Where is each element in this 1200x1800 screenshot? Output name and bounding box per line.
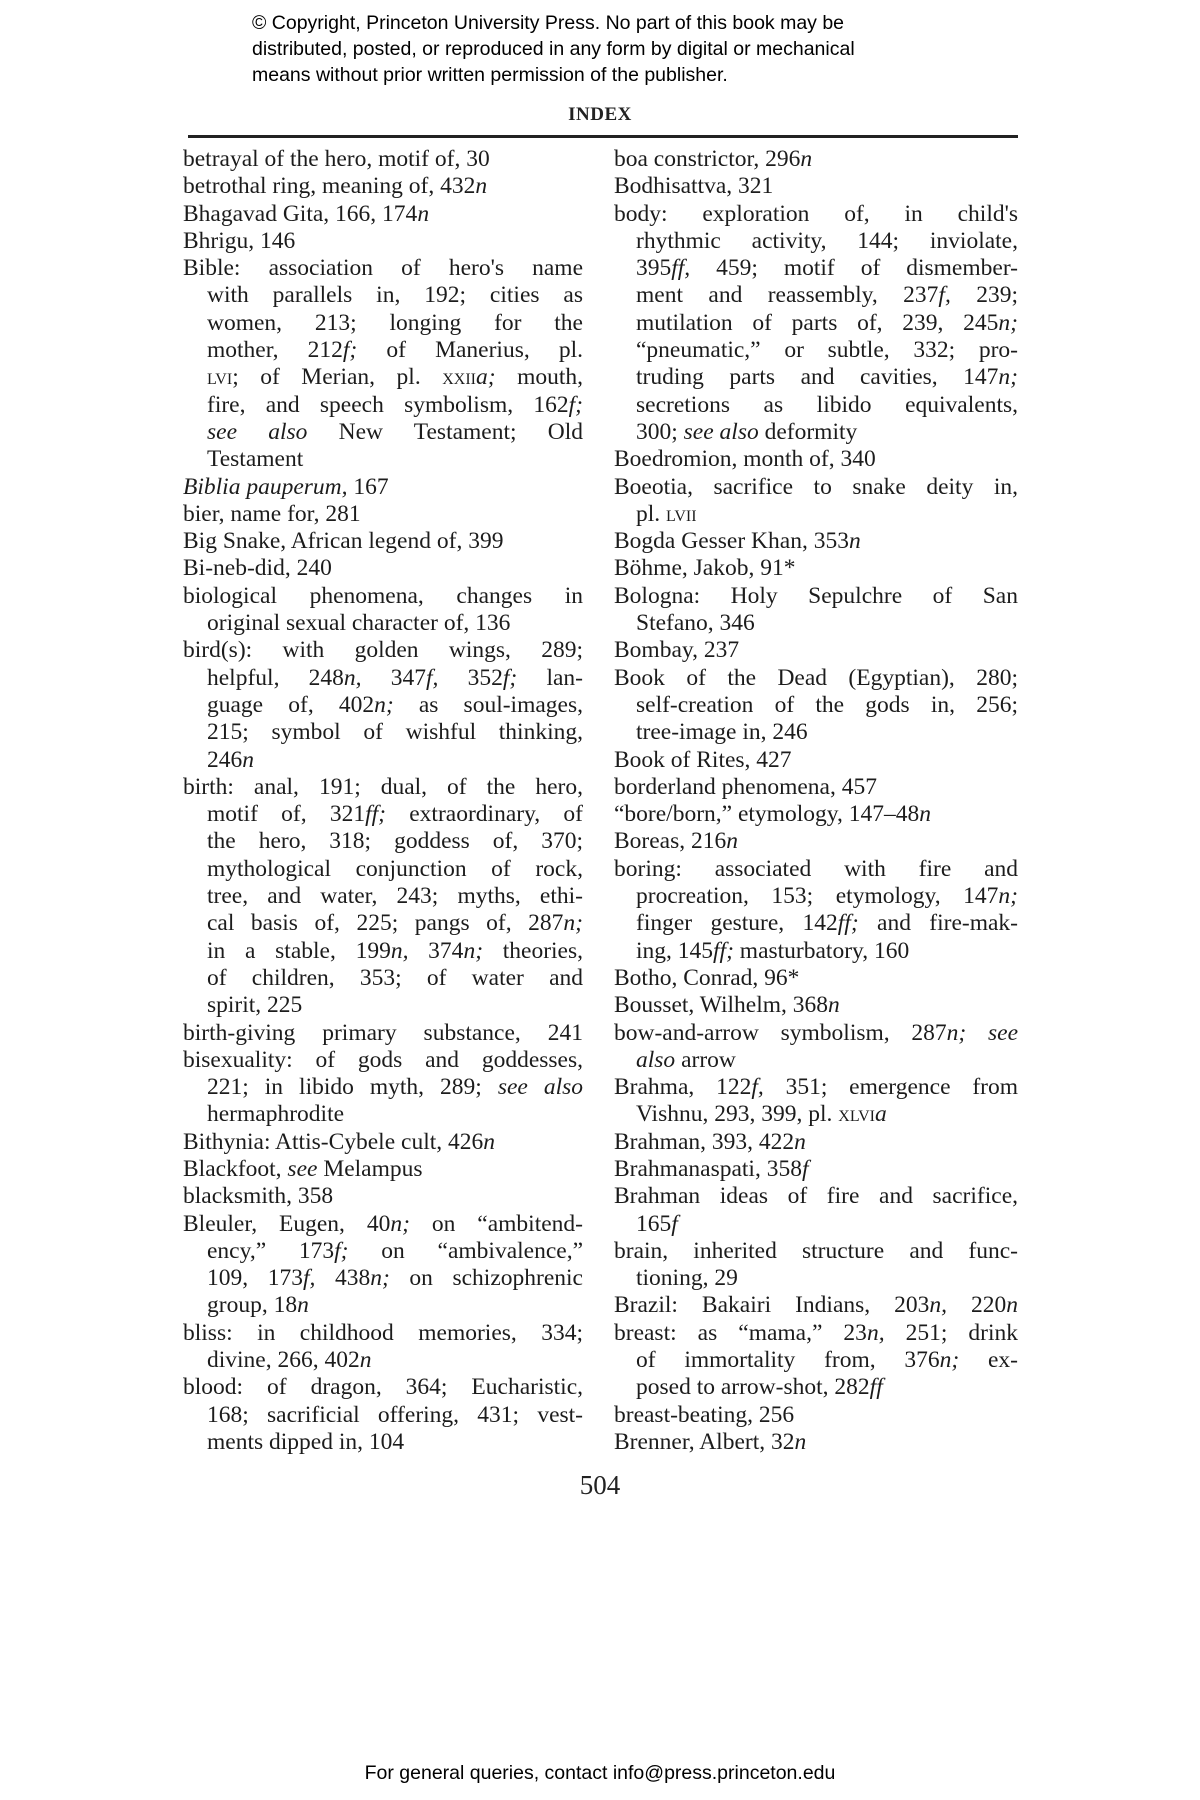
index-entry: borderland phenomena, 457 xyxy=(614,774,1018,801)
index-entry: birth-giving primary substance, 241 xyxy=(183,1020,583,1047)
index-entry: Botho, Conrad, 96* xyxy=(614,965,1018,992)
index-entry: Brenner, Albert, 32n xyxy=(614,1429,1018,1456)
index-entry: Bogda Gesser Khan, 353n xyxy=(614,528,1018,555)
index-entry: Bousset, Wilhelm, 368n xyxy=(614,992,1018,1019)
entry-heading-line: Bogda Gesser Khan, 353n xyxy=(614,528,1018,555)
copyright-line: distributed, posted, or reproduced in an… xyxy=(252,36,972,62)
copyright-line: © Copyright, Princeton University Press.… xyxy=(252,10,972,36)
copyright-notice: © Copyright, Princeton University Press.… xyxy=(252,10,972,88)
entry-heading-line: Brahmanaspati, 358f xyxy=(614,1156,1018,1183)
entry-continuation-line: ments dipped in, 104 xyxy=(183,1429,583,1456)
index-entry: Big Snake, African legend of, 399 xyxy=(183,528,583,555)
index-entry: Brazil: Bakairi Indians, 203n, 220n xyxy=(614,1292,1018,1319)
entry-continuation-line: women, 213; longing for the xyxy=(183,310,583,337)
entry-continuation-line: divine, 266, 402n xyxy=(183,1347,583,1374)
entry-heading-line: blacksmith, 358 xyxy=(183,1183,583,1210)
entry-heading-line: Book of the Dead (Egyptian), 280; xyxy=(614,665,1018,692)
entry-heading-line: Brahman, 393, 422n xyxy=(614,1129,1018,1156)
entry-continuation-line: tioning, 29 xyxy=(614,1265,1018,1292)
index-entry: Biblia pauperum, 167 xyxy=(183,474,583,501)
entry-continuation-line: the hero, 318; goddess of, 370; xyxy=(183,828,583,855)
entry-continuation-line: ing, 145ff; masturbatory, 160 xyxy=(614,938,1018,965)
entry-continuation-line: tree, and water, 243; myths, ethi- xyxy=(183,883,583,910)
entry-continuation-line: mutilation of parts of, 239, 245n; xyxy=(614,310,1018,337)
entry-continuation-line: also arrow xyxy=(614,1047,1018,1074)
entry-heading-line: bow-and-arrow symbolism, 287n; see xyxy=(614,1020,1018,1047)
entry-continuation-line: posed to arrow-shot, 282ff xyxy=(614,1374,1018,1401)
index-entry: Brahman ideas of fire and sacrifice,165f xyxy=(614,1183,1018,1238)
index-entry: birth: anal, 191; dual, of the hero,moti… xyxy=(183,774,583,1020)
footer-contact: For general queries, contact info@press.… xyxy=(0,1762,1200,1785)
entry-heading-line: Big Snake, African legend of, 399 xyxy=(183,528,583,555)
entry-continuation-line: 246n xyxy=(183,747,583,774)
index-entry: Boreas, 216n xyxy=(614,828,1018,855)
entry-continuation-line: mother, 212f; of Manerius, pl. xyxy=(183,337,583,364)
entry-heading-line: biological phenomena, changes in xyxy=(183,583,583,610)
entry-continuation-line: guage of, 402n; as soul-images, xyxy=(183,692,583,719)
entry-heading-line: bliss: in childhood memories, 334; xyxy=(183,1320,583,1347)
entry-heading-line: Böhme, Jakob, 91* xyxy=(614,555,1018,582)
entry-continuation-line: Vishnu, 293, 399, pl. xlvia xyxy=(614,1101,1018,1128)
entry-continuation-line: original sexual character of, 136 xyxy=(183,610,583,637)
entry-heading-line: Botho, Conrad, 96* xyxy=(614,965,1018,992)
entry-heading-line: boring: associated with fire and xyxy=(614,856,1018,883)
entry-heading-line: Brazil: Bakairi Indians, 203n, 220n xyxy=(614,1292,1018,1319)
entry-heading-line: Bombay, 237 xyxy=(614,637,1018,664)
index-entry: bisexuality: of gods and goddesses,221; … xyxy=(183,1047,583,1129)
entry-heading-line: Brenner, Albert, 32n xyxy=(614,1429,1018,1456)
entry-continuation-line: 221; in libido myth, 289; see also xyxy=(183,1074,583,1101)
index-entry: boa constrictor, 296n xyxy=(614,146,1018,173)
index-entry: boring: associated with fire andprocreat… xyxy=(614,856,1018,965)
entry-continuation-line: hermaphrodite xyxy=(183,1101,583,1128)
entry-continuation-line: spirit, 225 xyxy=(183,992,583,1019)
entry-continuation-line: Stefano, 346 xyxy=(614,610,1018,637)
entry-continuation-line: group, 18n xyxy=(183,1292,583,1319)
entry-continuation-line: with parallels in, 192; cities as xyxy=(183,282,583,309)
index-entry: breast-beating, 256 xyxy=(614,1402,1018,1429)
index-entry: blacksmith, 358 xyxy=(183,1183,583,1210)
entry-continuation-line: of immortality from, 376n; ex- xyxy=(614,1347,1018,1374)
entry-heading-line: brain, inherited structure and func- xyxy=(614,1238,1018,1265)
index-entry: brain, inherited structure and func-tion… xyxy=(614,1238,1018,1293)
index-entry: Brahmanaspati, 358f xyxy=(614,1156,1018,1183)
entry-heading-line: betrayal of the hero, motif of, 30 xyxy=(183,146,583,173)
entry-heading-line: borderland phenomena, 457 xyxy=(614,774,1018,801)
index-entry: betrayal of the hero, motif of, 30 xyxy=(183,146,583,173)
entry-heading-line: bird(s): with golden wings, 289; xyxy=(183,637,583,664)
entry-heading-line: Biblia pauperum, 167 xyxy=(183,474,583,501)
entry-continuation-line: mythological conjunction of rock, xyxy=(183,856,583,883)
index-entry: Blackfoot, see Melampus xyxy=(183,1156,583,1183)
index-entry: Bleuler, Eugen, 40n; on “ambitend-ency,”… xyxy=(183,1211,583,1320)
index-column-left: betrayal of the hero, motif of, 30betrot… xyxy=(183,146,583,1456)
entry-continuation-line: lvi; of Merian, pl. xxiia; mouth, xyxy=(183,364,583,391)
entry-heading-line: birth: anal, 191; dual, of the hero, xyxy=(183,774,583,801)
entry-continuation-line: finger gesture, 142ff; and fire-mak- xyxy=(614,910,1018,937)
index-entry: Bologna: Holy Sepulchre of SanStefano, 3… xyxy=(614,583,1018,638)
entry-heading-line: Blackfoot, see Melampus xyxy=(183,1156,583,1183)
index-column-right: boa constrictor, 296nBodhisattva, 321bod… xyxy=(614,146,1018,1456)
entry-continuation-line: see also New Testament; Old xyxy=(183,419,583,446)
entry-continuation-line: 300; see also deformity xyxy=(614,419,1018,446)
entry-heading-line: birth-giving primary substance, 241 xyxy=(183,1020,583,1047)
index-entry: Book of Rites, 427 xyxy=(614,747,1018,774)
index-entry: bird(s): with golden wings, 289;helpful,… xyxy=(183,637,583,773)
index-entry: bow-and-arrow symbolism, 287n; seealso a… xyxy=(614,1020,1018,1075)
index-entry: Bodhisattva, 321 xyxy=(614,173,1018,200)
header-rule xyxy=(188,135,1018,138)
index-entry: Book of the Dead (Egyptian), 280;self-cr… xyxy=(614,665,1018,747)
index-entry: Bible: association of hero's namewith pa… xyxy=(183,255,583,473)
index-entry: Böhme, Jakob, 91* xyxy=(614,555,1018,582)
running-head: INDEX xyxy=(0,104,1200,126)
entry-continuation-line: tree-image in, 246 xyxy=(614,719,1018,746)
entry-continuation-line: procreation, 153; etymology, 147n; xyxy=(614,883,1018,910)
entry-continuation-line: in a stable, 199n, 374n; theories, xyxy=(183,938,583,965)
index-entry: Bi-neb-did, 240 xyxy=(183,555,583,582)
entry-heading-line: Boreas, 216n xyxy=(614,828,1018,855)
entry-continuation-line: cal basis of, 225; pangs of, 287n; xyxy=(183,910,583,937)
entry-heading-line: body: exploration of, in child's xyxy=(614,201,1018,228)
entry-heading-line: Bleuler, Eugen, 40n; on “ambitend- xyxy=(183,1211,583,1238)
index-entry: Bhrigu, 146 xyxy=(183,228,583,255)
entry-continuation-line: 395ff, 459; motif of dismember- xyxy=(614,255,1018,282)
entry-heading-line: Bousset, Wilhelm, 368n xyxy=(614,992,1018,1019)
entry-continuation-line: rhythmic activity, 144; inviolate, xyxy=(614,228,1018,255)
entry-heading-line: boa constrictor, 296n xyxy=(614,146,1018,173)
index-entry: “bore/born,” etymology, 147–48n xyxy=(614,801,1018,828)
entry-heading-line: Bi-neb-did, 240 xyxy=(183,555,583,582)
entry-heading-line: bisexuality: of gods and goddesses, xyxy=(183,1047,583,1074)
index-entry: biological phenomena, changes inoriginal… xyxy=(183,583,583,638)
entry-continuation-line: truding parts and cavities, 147n; xyxy=(614,364,1018,391)
index-entry: bliss: in childhood memories, 334;divine… xyxy=(183,1320,583,1375)
index-entry: Bombay, 237 xyxy=(614,637,1018,664)
entry-heading-line: betrothal ring, meaning of, 432n xyxy=(183,173,583,200)
entry-continuation-line: Testament xyxy=(183,446,583,473)
entry-continuation-line: motif of, 321ff; extraordinary, of xyxy=(183,801,583,828)
copyright-line: means without prior written permission o… xyxy=(252,62,972,88)
index-entry: Brahma, 122f, 351; emergence fromVishnu,… xyxy=(614,1074,1018,1129)
entry-heading-line: blood: of dragon, 364; Eucharistic, xyxy=(183,1374,583,1401)
page-number: 504 xyxy=(0,1470,1200,1501)
index-entry: Boedromion, month of, 340 xyxy=(614,446,1018,473)
entry-continuation-line: of children, 353; of water and xyxy=(183,965,583,992)
entry-continuation-line: 165f xyxy=(614,1211,1018,1238)
entry-heading-line: Bible: association of hero's name xyxy=(183,255,583,282)
entry-heading-line: breast-beating, 256 xyxy=(614,1402,1018,1429)
entry-continuation-line: 109, 173f, 438n; on schizophrenic xyxy=(183,1265,583,1292)
index-entry: blood: of dragon, 364; Eucharistic,168; … xyxy=(183,1374,583,1456)
entry-heading-line: Book of Rites, 427 xyxy=(614,747,1018,774)
entry-heading-line: Bodhisattva, 321 xyxy=(614,173,1018,200)
index-entry: bier, name for, 281 xyxy=(183,501,583,528)
entry-heading-line: Bhagavad Gita, 166, 174n xyxy=(183,201,583,228)
entry-heading-line: Bologna: Holy Sepulchre of San xyxy=(614,583,1018,610)
entry-continuation-line: helpful, 248n, 347f, 352f; lan- xyxy=(183,665,583,692)
entry-continuation-line: ment and reassembly, 237f, 239; xyxy=(614,282,1018,309)
index-entry: Boeotia, sacrifice to snake deity in,pl.… xyxy=(614,474,1018,529)
index-entry: Brahman, 393, 422n xyxy=(614,1129,1018,1156)
entry-heading-line: Brahman ideas of fire and sacrifice, xyxy=(614,1183,1018,1210)
entry-continuation-line: ency,” 173f; on “ambivalence,” xyxy=(183,1238,583,1265)
index-entry: Bhagavad Gita, 166, 174n xyxy=(183,201,583,228)
index-entry: betrothal ring, meaning of, 432n xyxy=(183,173,583,200)
entry-continuation-line: “pneumatic,” or subtle, 332; pro- xyxy=(614,337,1018,364)
entry-heading-line: breast: as “mama,” 23n, 251; drink xyxy=(614,1320,1018,1347)
entry-continuation-line: self-creation of the gods in, 256; xyxy=(614,692,1018,719)
entry-heading-line: bier, name for, 281 xyxy=(183,501,583,528)
entry-heading-line: Bhrigu, 146 xyxy=(183,228,583,255)
index-entry: Bithynia: Attis-Cybele cult, 426n xyxy=(183,1129,583,1156)
entry-continuation-line: secretions as libido equivalents, xyxy=(614,392,1018,419)
entry-continuation-line: 168; sacrificial offering, 431; vest- xyxy=(183,1402,583,1429)
entry-heading-line: Bithynia: Attis-Cybele cult, 426n xyxy=(183,1129,583,1156)
entry-heading-line: Boedromion, month of, 340 xyxy=(614,446,1018,473)
entry-continuation-line: fire, and speech symbolism, 162f; xyxy=(183,392,583,419)
entry-heading-line: Boeotia, sacrifice to snake deity in, xyxy=(614,474,1018,501)
index-entry: breast: as “mama,” 23n, 251; drinkof imm… xyxy=(614,1320,1018,1402)
entry-heading-line: Brahma, 122f, 351; emergence from xyxy=(614,1074,1018,1101)
entry-heading-line: “bore/born,” etymology, 147–48n xyxy=(614,801,1018,828)
entry-continuation-line: 215; symbol of wishful thinking, xyxy=(183,719,583,746)
entry-continuation-line: pl. lvii xyxy=(614,501,1018,528)
index-entry: body: exploration of, in child'srhythmic… xyxy=(614,201,1018,447)
